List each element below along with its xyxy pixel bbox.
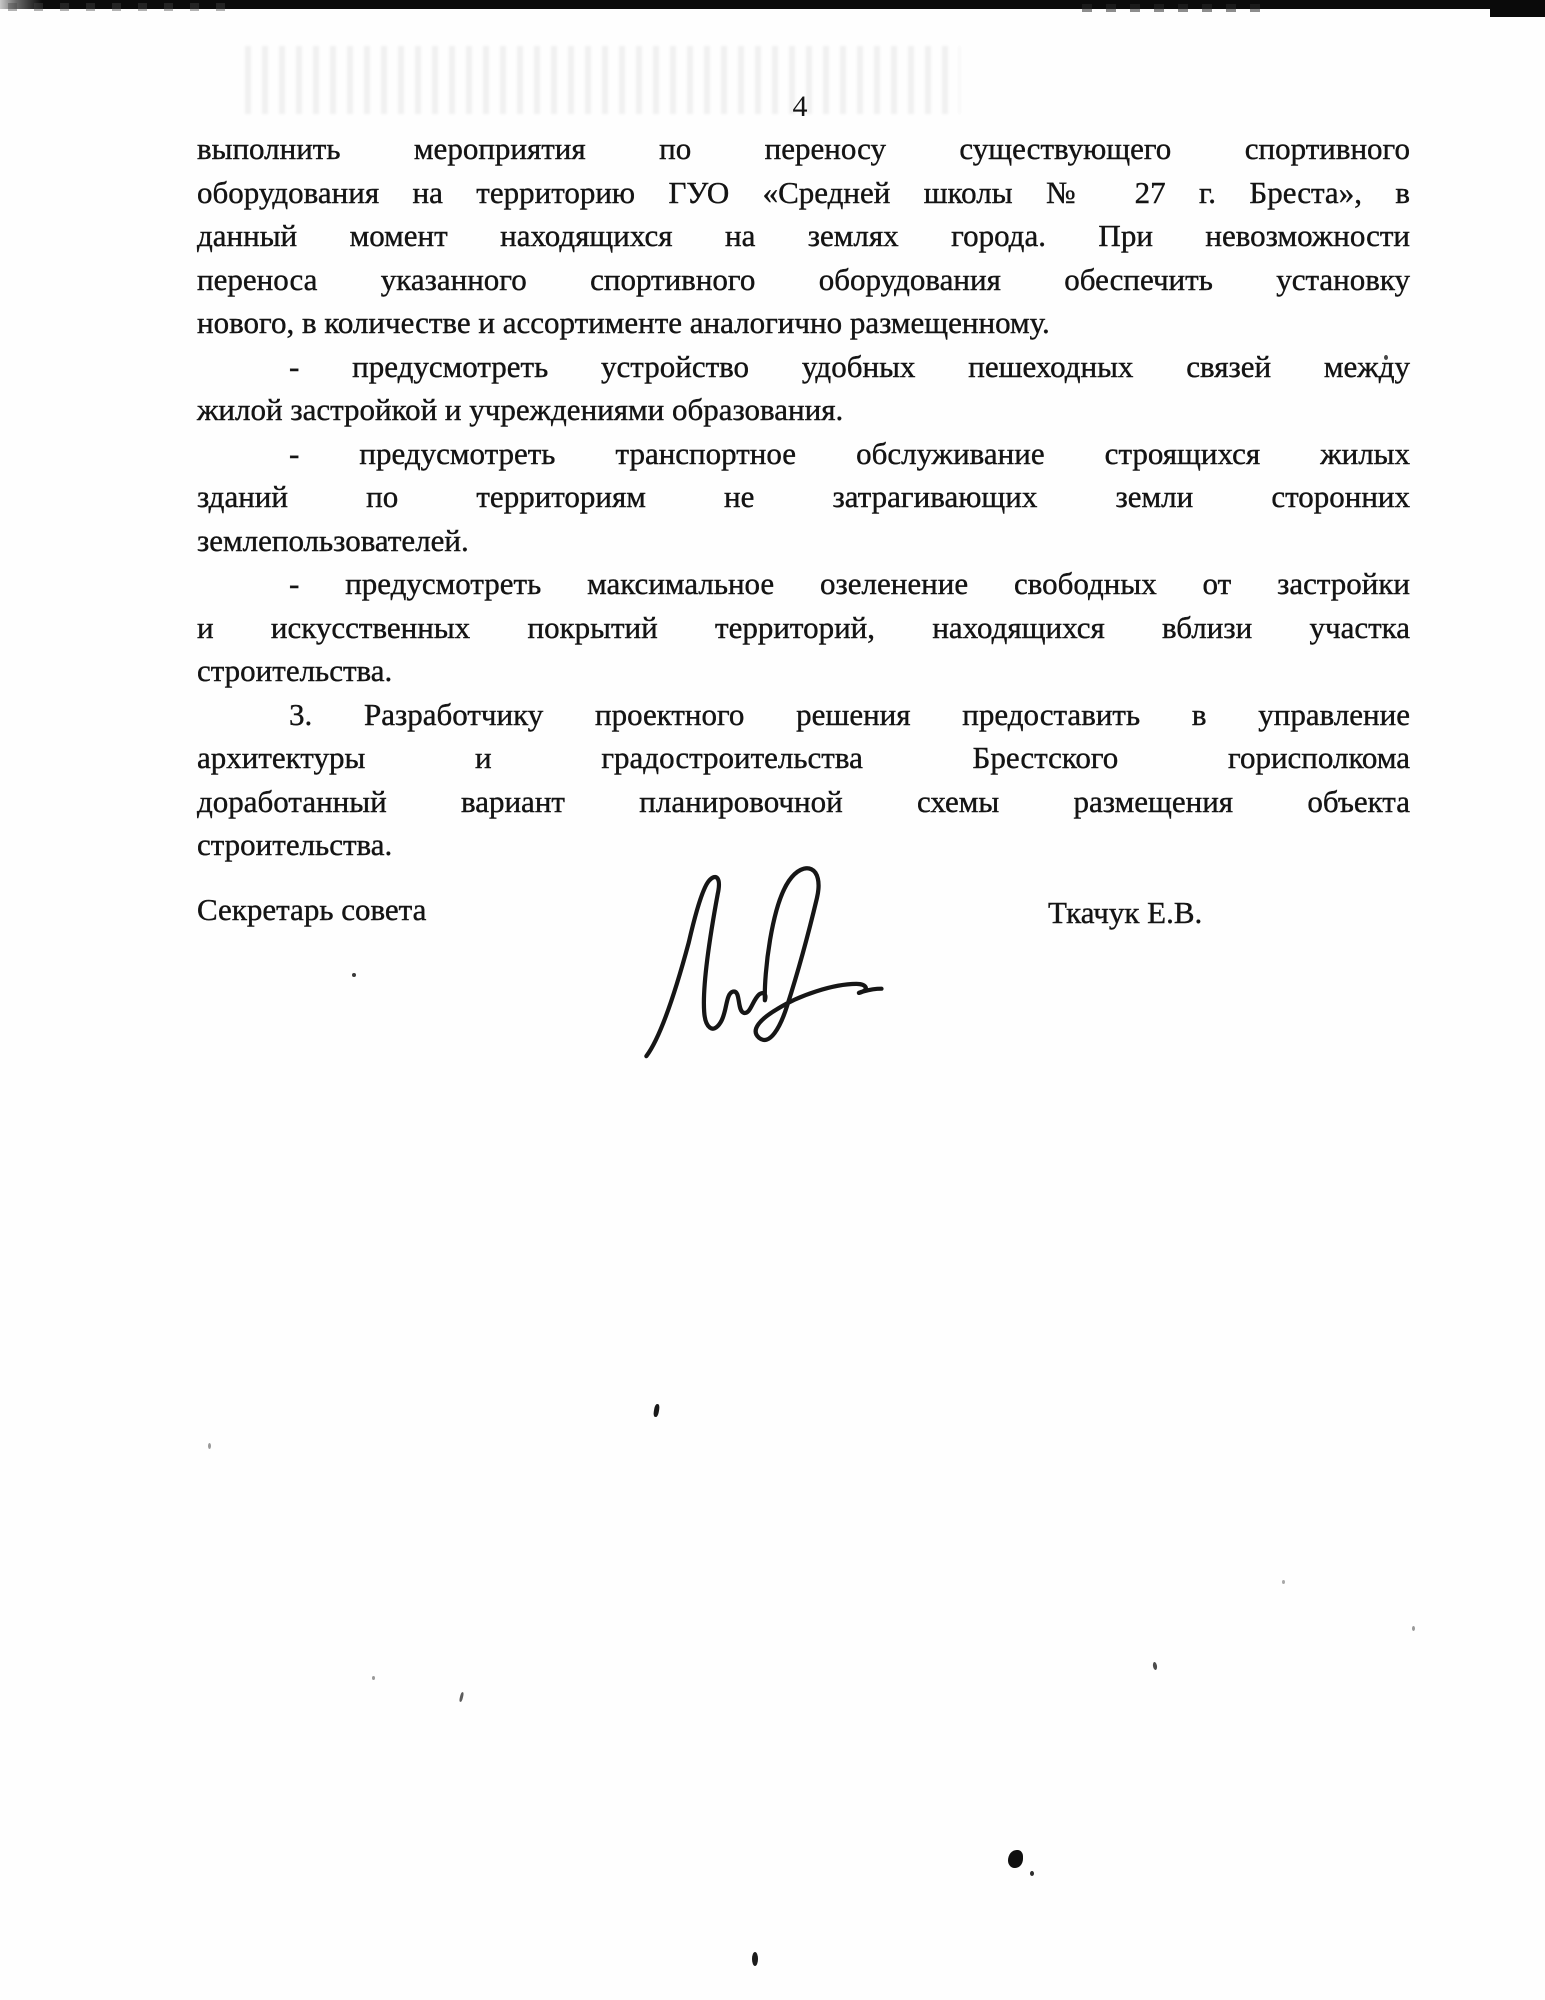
scanner-edge-hatch-right bbox=[1082, 4, 1267, 12]
text-line: данный момент находящихся на землях горо… bbox=[197, 214, 1410, 258]
text-line: землепользователей. bbox=[197, 519, 1410, 563]
scan-speck bbox=[653, 1404, 660, 1418]
scan-speck bbox=[1282, 1580, 1285, 1584]
scanned-document-page: 4 выполнить мероприятия по переносу суще… bbox=[0, 0, 1545, 2000]
scan-speck bbox=[1152, 1662, 1157, 1671]
text-line: переноса указанного спортивного оборудов… bbox=[197, 258, 1410, 302]
scan-speck bbox=[1384, 355, 1388, 360]
text-line: - предусмотреть устройство удобных пешех… bbox=[197, 345, 1410, 389]
text-line: - предусмотреть максимальное озеленение … bbox=[197, 562, 1410, 606]
scan-speck bbox=[1008, 1850, 1023, 1868]
scanner-edge-hatch-left bbox=[8, 3, 238, 11]
text-line: доработанный вариант планировочной схемы… bbox=[197, 780, 1410, 824]
scan-speck bbox=[208, 1443, 211, 1449]
scan-speck bbox=[459, 1692, 464, 1702]
scan-speck bbox=[1412, 1626, 1415, 1631]
text-line: выполнить мероприятия по переносу сущест… bbox=[197, 127, 1410, 171]
handwritten-signature-image bbox=[612, 848, 912, 1060]
text-line: - предусмотреть транспортное обслуживани… bbox=[197, 432, 1410, 476]
text-line: архитектуры и градостроительства Брестск… bbox=[197, 736, 1410, 780]
page-number: 4 bbox=[0, 90, 1545, 124]
scan-speck bbox=[1030, 1871, 1034, 1876]
signature-block: Секретарь совета Ткачук Е.В. bbox=[0, 840, 1545, 1080]
text-line: и искусственных покрытий территорий, нах… bbox=[197, 606, 1410, 650]
text-line: зданий по территориям не затрагивающих з… bbox=[197, 475, 1410, 519]
signer-name: Ткачук Е.В. bbox=[1048, 895, 1202, 931]
scanner-edge-bar-right bbox=[1490, 0, 1545, 17]
text-line: строительства. bbox=[197, 649, 1410, 693]
text-line: оборудования на территорию ГУО «Средней … bbox=[197, 171, 1410, 215]
document-body: выполнить мероприятия по переносу сущест… bbox=[197, 127, 1410, 867]
text-line: 3. Разработчику проектного решения предо… bbox=[197, 693, 1410, 737]
scan-speck bbox=[752, 1952, 758, 1966]
scan-speck bbox=[352, 973, 356, 977]
text-line: жилой застройкой и учреждениями образова… bbox=[197, 388, 1410, 432]
text-line: нового, в количестве и ассортименте анал… bbox=[197, 301, 1410, 345]
signer-role-label: Секретарь совета bbox=[197, 892, 426, 928]
scan-speck bbox=[372, 1676, 375, 1680]
